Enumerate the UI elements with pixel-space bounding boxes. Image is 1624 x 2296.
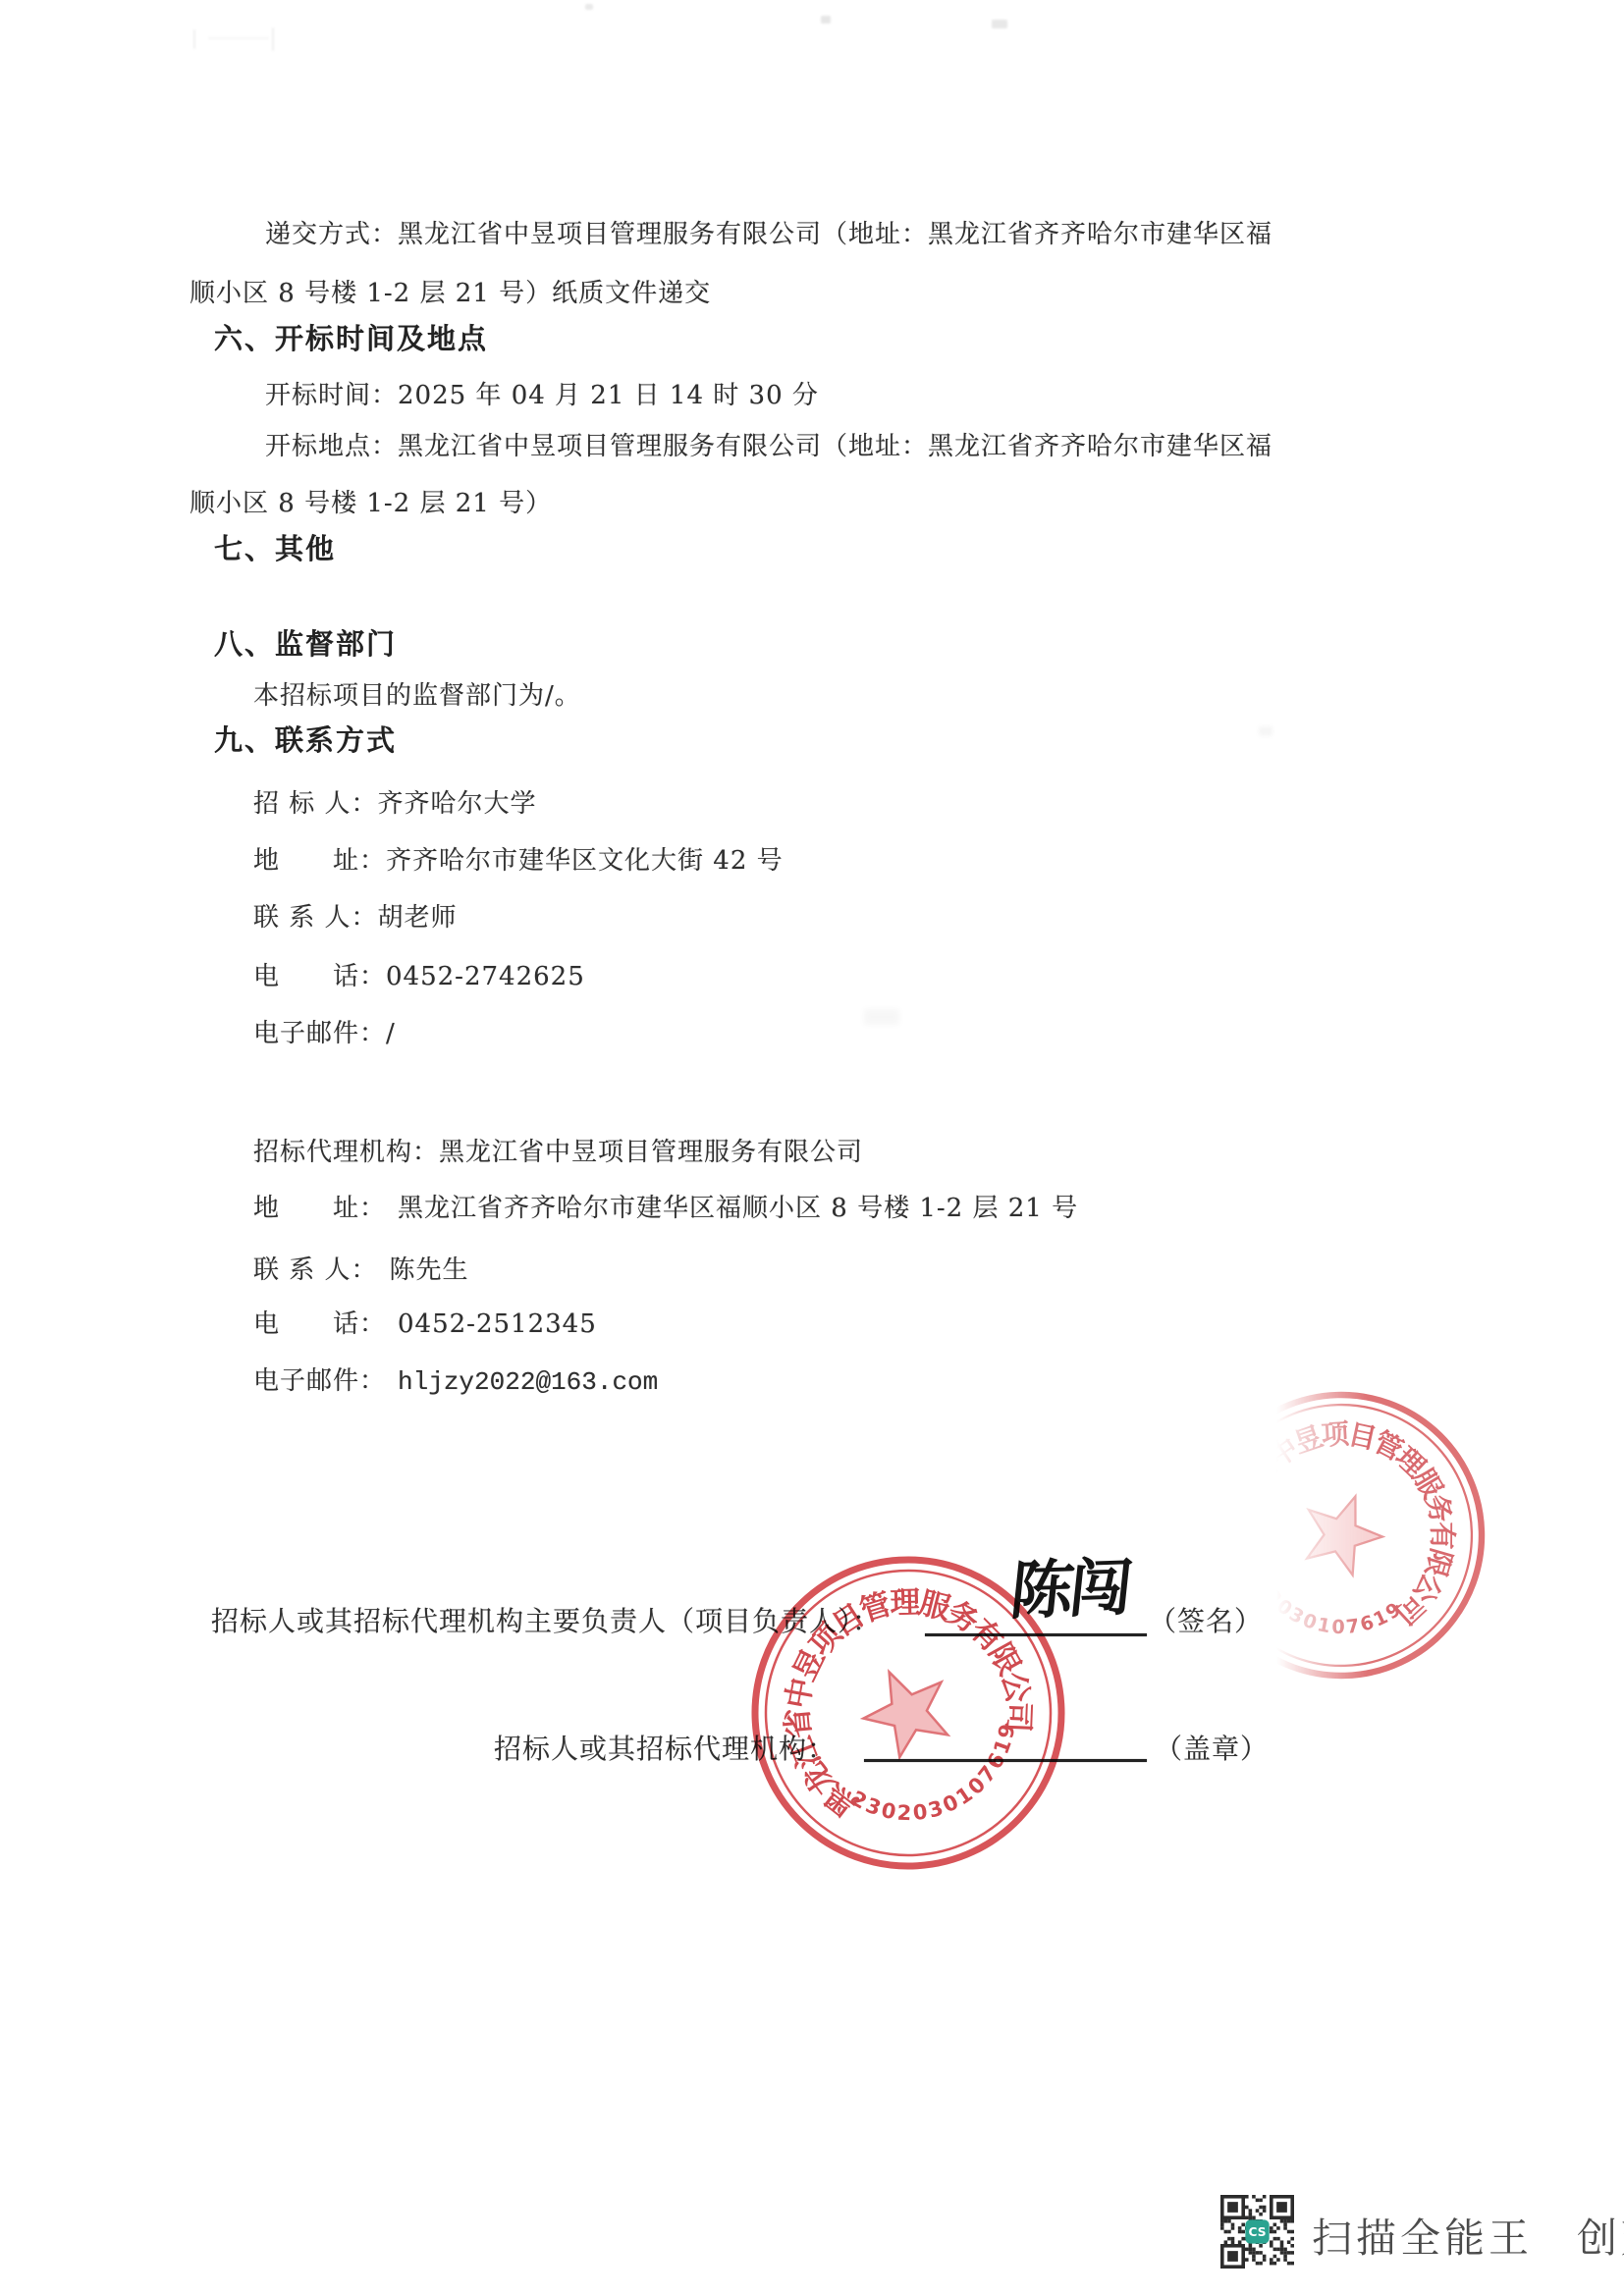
agency-phone-label: 电 话：	[253, 1309, 386, 1339]
tenderer-email-row: 电子邮件：/	[253, 1013, 396, 1049]
bid-opening-place-line1: 开标地点：黑龙江省中昱项目管理服务有限公司（地址：黑龙江省齐齐哈尔市建华区福	[265, 426, 1272, 462]
section-heading-other: 七、其他	[214, 527, 336, 567]
agency-email-row: 电子邮件：hljzy2022@163.com	[253, 1361, 658, 1397]
bid-opening-place-line2: 顺小区 8 号楼 1-2 层 21 号）	[189, 483, 552, 519]
bid-opening-time: 开标时间：2025 年 04 月 21 日 14 时 30 分	[265, 375, 819, 411]
seal-star-icon	[1293, 1483, 1392, 1580]
tenderer-address-label: 地 址：	[253, 846, 386, 876]
agency-contact-label: 联 系 人：	[253, 1255, 378, 1285]
scan-smudge	[864, 1009, 899, 1025]
seal-star-icon	[850, 1654, 962, 1764]
tenderer-address-value: 齐齐哈尔市建华区文化大街 42 号	[386, 846, 784, 876]
tenderer-name-row: 招 标 人：齐齐哈尔大学	[253, 783, 537, 820]
section-heading-bid-opening: 六、开标时间及地点	[214, 317, 488, 357]
scan-speck	[208, 37, 269, 39]
scan-speck	[821, 16, 831, 24]
scan-speck	[992, 20, 1007, 28]
svg-text:0: 0	[1331, 1616, 1345, 1638]
supervision-body: 本招标项目的监督部门为/。	[253, 675, 581, 712]
org-seal-suffix: （盖章）	[1155, 1728, 1269, 1767]
company-seal-main: 黑龙江省中昱项目管理服务有限公司 2302030107619	[731, 1536, 1085, 1890]
section-heading-supervision: 八、监督部门	[214, 622, 397, 663]
agency-address-value: 黑龙江省齐齐哈尔市建华区福顺小区 8 号楼 1-2 层 21 号	[398, 1194, 1078, 1223]
agency-contact-row: 联 系 人：陈先生	[253, 1250, 469, 1286]
section-heading-contact: 九、联系方式	[214, 719, 397, 759]
agency-name-value: 黑龙江省中昱项目管理服务有限公司	[439, 1138, 863, 1167]
submission-method-line2: 顺小区 8 号楼 1-2 层 21 号）纸质文件递交	[189, 273, 711, 309]
tenderer-contact-row: 联 系 人：胡老师	[253, 897, 458, 934]
scan-speck	[585, 4, 593, 10]
agency-phone-value: 0452-2512345	[398, 1309, 597, 1339]
tenderer-address-row: 地 址：齐齐哈尔市建华区文化大街 42 号	[253, 840, 784, 877]
camscanner-watermark-text: 扫描全能王 创建	[1312, 2206, 1624, 2264]
company-seal-partial: 黑龙江省中昱项目管理服务有限公司 2302030107619	[1179, 1373, 1503, 1697]
agency-email-label: 电子邮件：	[253, 1366, 386, 1396]
agency-address-label: 地 址：	[253, 1194, 386, 1223]
svg-text:2: 2	[896, 1801, 912, 1826]
scanned-tender-document-page: 递交方式：黑龙江省中昱项目管理服务有限公司（地址：黑龙江省齐齐哈尔市建华区福 顺…	[0, 0, 1624, 2296]
qr-code: CS	[1220, 2195, 1294, 2269]
submission-method-line1: 递交方式：黑龙江省中昱项目管理服务有限公司（地址：黑龙江省齐齐哈尔市建华区福	[265, 214, 1272, 250]
scan-speck	[193, 29, 195, 49]
tenderer-name-value: 齐齐哈尔大学	[378, 789, 537, 819]
agency-contact-value: 陈先生	[390, 1255, 469, 1285]
agency-name-label: 招标代理机构：	[253, 1138, 439, 1167]
scan-smudge	[1259, 726, 1272, 736]
tenderer-phone-label: 电 话：	[253, 962, 386, 991]
scan-speck	[272, 27, 274, 51]
tenderer-email-value: /	[386, 1019, 396, 1048]
agency-email-value: hljzy2022@163.com	[398, 1367, 658, 1397]
tenderer-phone-value: 0452-2742625	[386, 962, 585, 991]
agency-phone-row: 电 话：0452-2512345	[253, 1304, 597, 1340]
tenderer-phone-row: 电 话：0452-2742625	[253, 956, 585, 992]
tenderer-contact-value: 胡老师	[378, 903, 458, 933]
tenderer-name-label: 招 标 人：	[253, 789, 378, 819]
svg-text:CS: CS	[1249, 2225, 1267, 2239]
tenderer-email-label: 电子邮件：	[253, 1019, 386, 1048]
tenderer-contact-label: 联 系 人：	[253, 903, 378, 933]
agency-address-row: 地 址：黑龙江省齐齐哈尔市建华区福顺小区 8 号楼 1-2 层 21 号	[253, 1188, 1078, 1224]
agency-name-row: 招标代理机构：黑龙江省中昱项目管理服务有限公司	[253, 1132, 863, 1168]
